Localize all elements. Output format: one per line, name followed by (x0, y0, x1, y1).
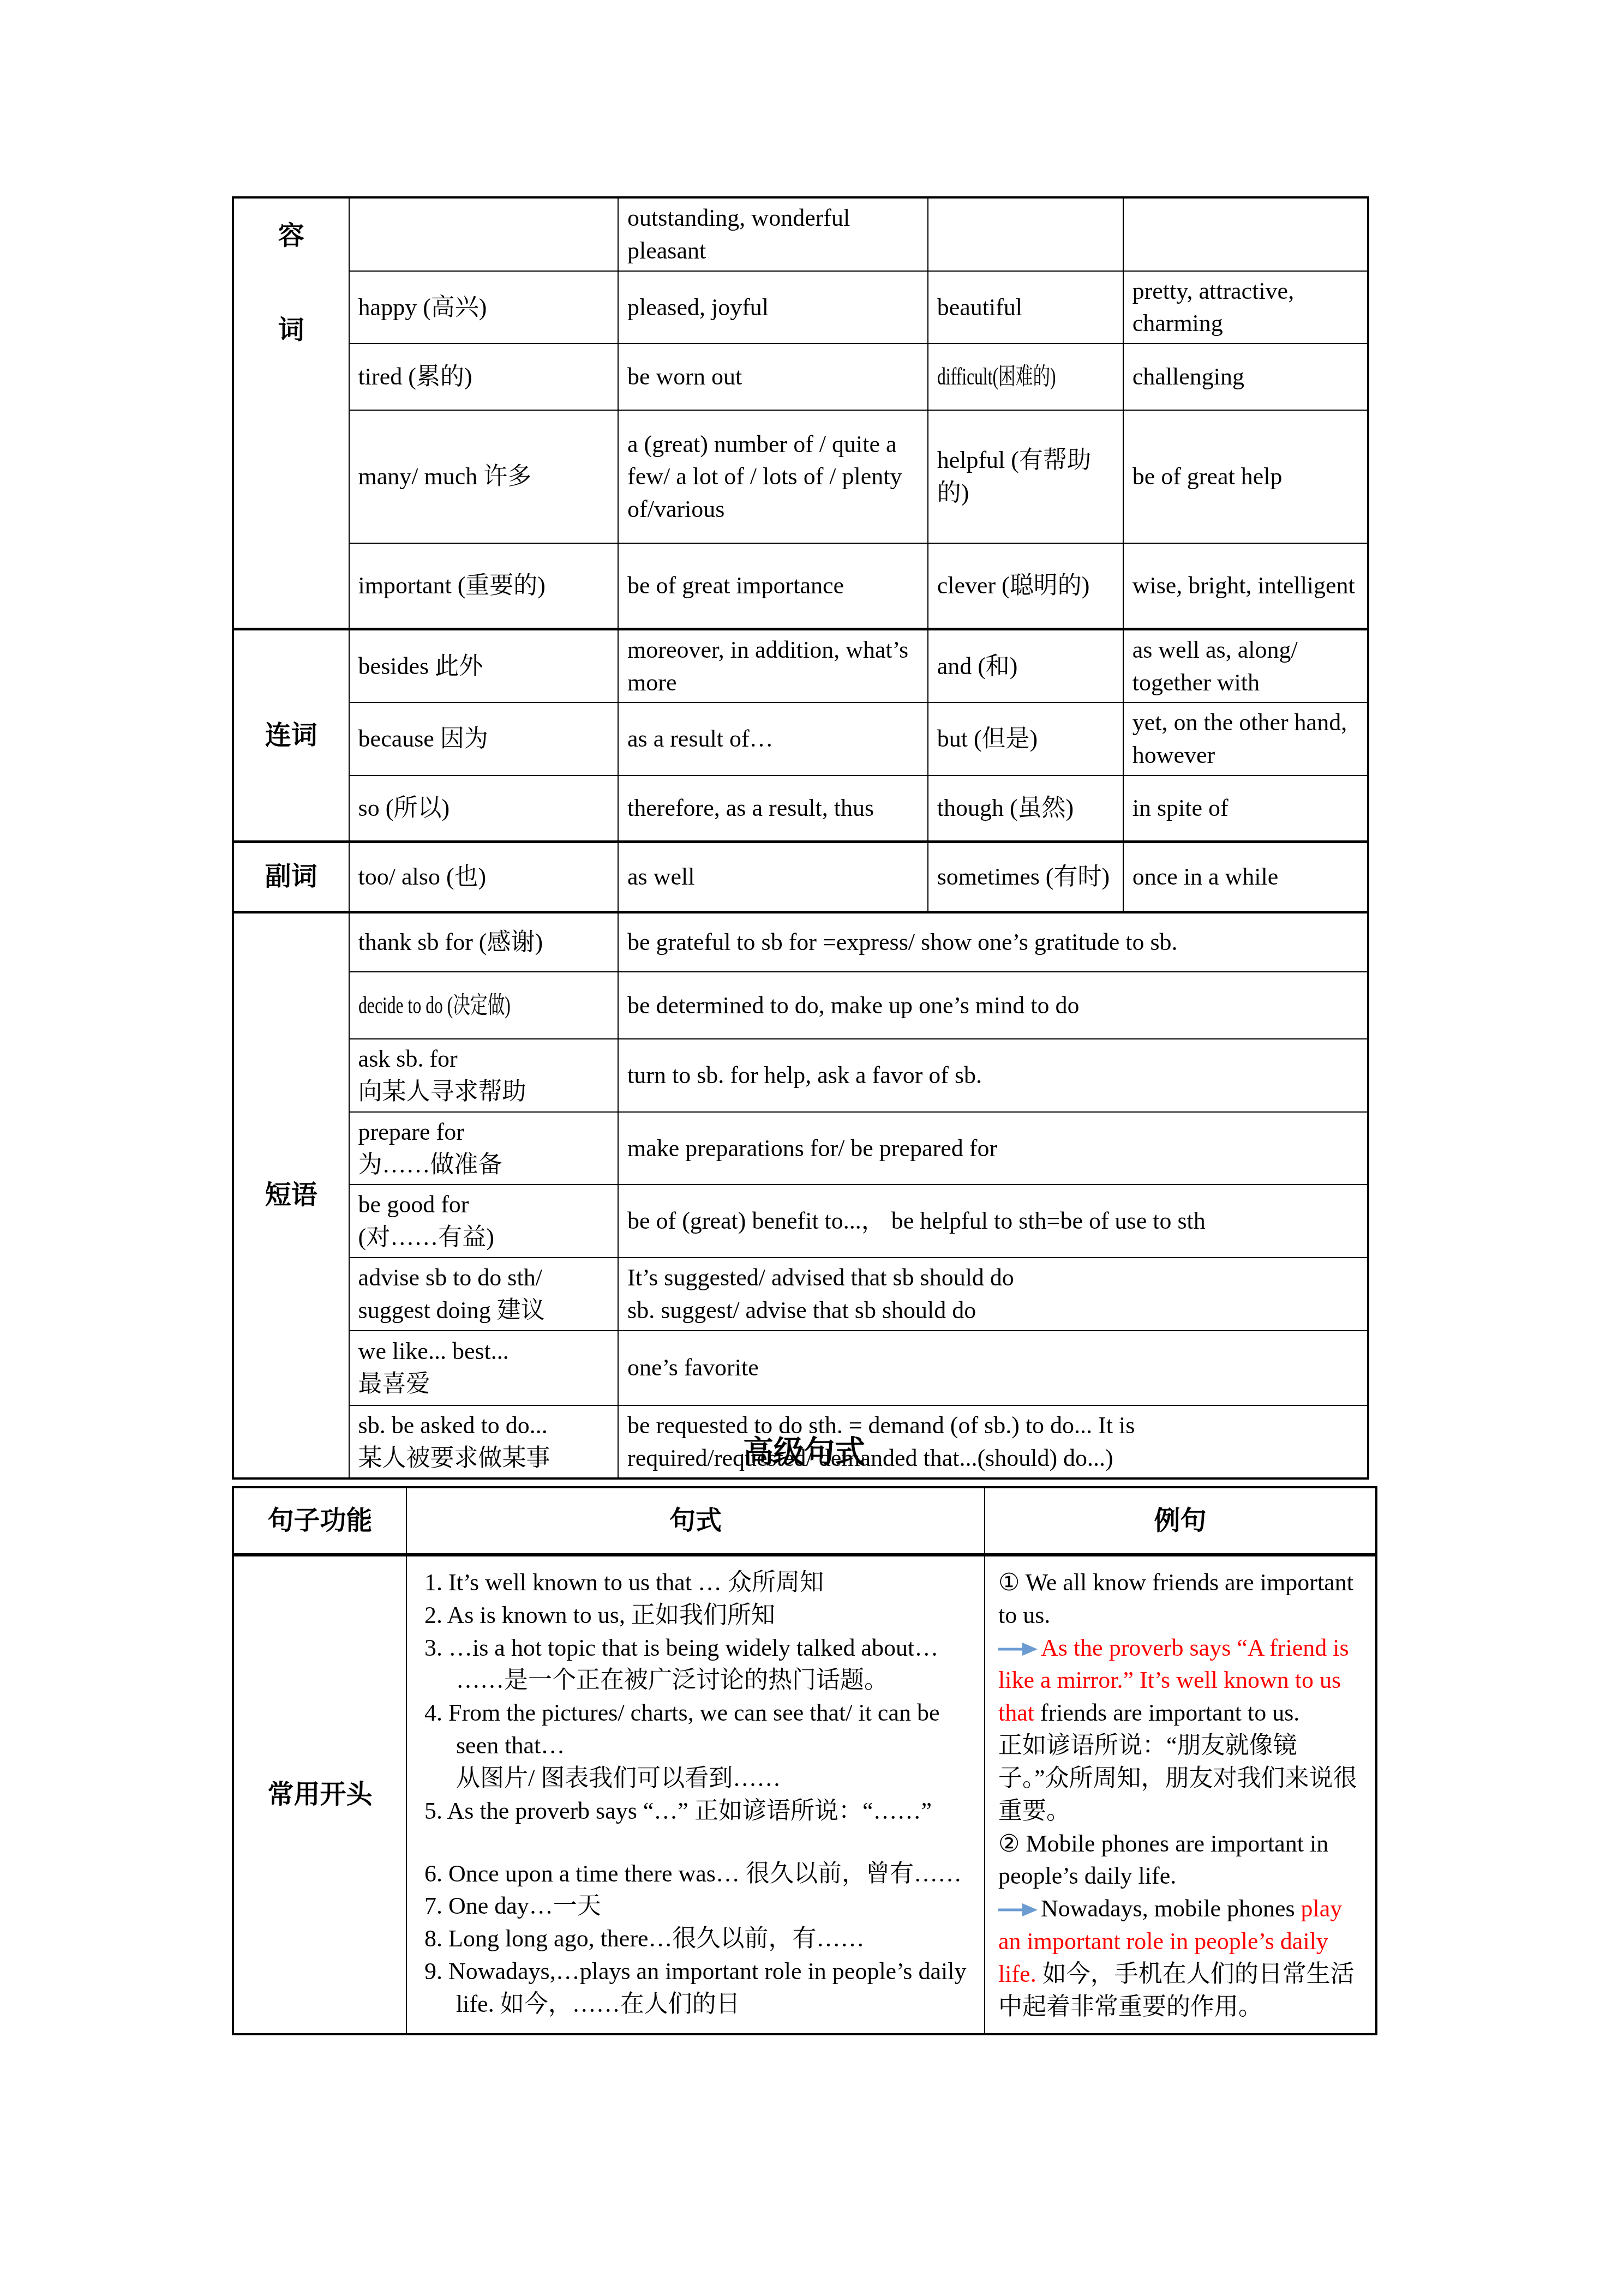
condensed-text: decide to do (决定做) (358, 989, 511, 1022)
pattern-list-cell: 1. It’s well known to us that … 众所周知 2. … (406, 1555, 985, 2034)
example-text: Nowadays, mobile phones (1041, 1895, 1295, 1922)
example-list-cell: ① We all know friends are important to u… (985, 1555, 1376, 2034)
basic-word-cell: besides 此外 (349, 629, 618, 702)
upgrade-cell: challenging (1123, 344, 1368, 410)
upgrade-phrase-cell: It’s suggested/ advised that sb should d… (618, 1258, 1368, 1331)
basic-phrase-cell: decide to do (决定做) (349, 972, 618, 1039)
upgrade-phrase-cell: turn to sb. for help, ask a favor of sb. (618, 1039, 1368, 1112)
basic-word-cell: but (但是) (928, 702, 1123, 776)
basic-word-cell: beautiful (928, 271, 1123, 344)
upgrade-phrase-cell: be determined to do, make up one’s mind … (618, 972, 1368, 1039)
upgrade-cell: a (great) number of / quite a few/ a lot… (618, 410, 928, 543)
upgrade-cell: outstanding, wonderful pleasant (618, 197, 928, 271)
pattern-item: 8. Long long ago, there…很久以前，有…… (424, 1922, 973, 1955)
upgrade-cell: be worn out (618, 344, 928, 410)
pattern-item: 6. Once upon a time there was… 很久以前，曾有…… (424, 1858, 973, 1890)
basic-word-cell: tired (累的) (349, 344, 618, 410)
basic-phrase-cell: prepare for 为……做准备 (349, 1112, 618, 1185)
example-sentence: ② Mobile phones are important in people’… (998, 1828, 1368, 1893)
table-row: decide to do (决定做) be determined to do, … (233, 972, 1368, 1039)
pattern-item: 9. Nowadays,…plays an important role in … (424, 1955, 973, 2021)
table-row: tired (累的) be worn out difficult(困难的) ch… (233, 344, 1368, 410)
table-row: we like... best... 最喜爱 one’s favorite (233, 1331, 1368, 1405)
pattern-item-translation: ……是一个正在被广泛讨论的热门话题。 (424, 1664, 973, 1697)
arrow-right-icon (998, 1642, 1038, 1656)
table-row: happy (高兴) pleased, joyful beautiful pre… (233, 271, 1368, 344)
upgrade-cell: be of great help (1123, 410, 1368, 543)
basic-word-cell: so (所以) (349, 776, 618, 842)
basic-phrase-cell: we like... best... 最喜爱 (349, 1331, 618, 1405)
table-row: 副词 too/ also (也) as well sometimes (有时) … (233, 842, 1368, 912)
upgrade-cell: as a result of… (618, 702, 928, 776)
basic-word-cell: sometimes (有时) (928, 842, 1123, 912)
basic-word-cell: too/ also (也) (349, 842, 618, 912)
pattern-item: 1. It’s well known to us that … 众所周知 (424, 1566, 973, 1599)
basic-word-cell: and (和) (928, 629, 1123, 702)
example-rewrite: As the proverb says “A friend is like a … (998, 1632, 1368, 1729)
table-row: prepare for 为……做准备 make preparations for… (233, 1112, 1368, 1185)
upgrade-cell: moreover, in addition, what’s more (618, 629, 928, 702)
table-row: 常用开头 1. It’s well known to us that … 众所周… (233, 1555, 1376, 2034)
group-label-char: 词 (278, 317, 304, 344)
group-label-conjunction: 连词 (233, 629, 349, 842)
table-row: many/ much 许多 a (great) number of / quit… (233, 410, 1368, 543)
basic-word-cell: clever (聪明的) (928, 543, 1123, 629)
table-row: be good for (对……有益) be of (great) benefi… (233, 1185, 1368, 1258)
upgrade-cell: as well as, along/ together with (1123, 629, 1368, 702)
basic-word-cell: helpful (有帮助的) (928, 410, 1123, 543)
table-row: 短语 thank sb for (感谢) be grateful to sb f… (233, 912, 1368, 972)
upgrade-cell (1123, 197, 1368, 271)
example-translation: 如今，手机在人们的日常生活中起着非常重要的作用。 (998, 1961, 1355, 2020)
arrow-right-icon (998, 1903, 1038, 1917)
upgrade-phrase-cell: be of (great) benefit to...， be helpful … (618, 1185, 1368, 1258)
table-row: important (重要的) be of great importance c… (233, 543, 1368, 629)
header-row: 句子功能 句式 例句 (233, 1487, 1376, 1555)
pattern-item: 5. As the proverb says “…” 正如谚语所说：“……” (424, 1795, 973, 1828)
upgrade-cell: as well (618, 842, 928, 912)
adjective-label-stack: 容 词 (234, 199, 349, 344)
table-row: so (所以) therefore, as a result, thus tho… (233, 776, 1368, 842)
table-row: because 因为 as a result of… but (但是) yet,… (233, 702, 1368, 776)
basic-word-cell: important (重要的) (349, 543, 618, 629)
table-row: 连词 besides 此外 moreover, in addition, wha… (233, 629, 1368, 702)
pattern-item: 2. As is known to us, 正如我们所知 (424, 1599, 973, 1632)
table-row: ask sb. for 向某人寻求帮助 turn to sb. for help… (233, 1039, 1368, 1112)
basic-word-cell: happy (高兴) (349, 271, 618, 344)
upgrade-phrase-cell: make preparations for/ be prepared for (618, 1112, 1368, 1185)
upgrade-cell: be of great importance (618, 543, 928, 629)
upgrade-cell: therefore, as a result, thus (618, 776, 928, 842)
header-pattern: 句式 (406, 1487, 985, 1555)
basic-word-cell: difficult(困难的) (928, 344, 1123, 410)
example-sentence: ① We all know friends are important to u… (998, 1566, 1368, 1632)
basic-phrase-cell: advise sb to do sth/ suggest doing 建议 (349, 1258, 618, 1331)
basic-phrase-cell: thank sb for (感谢) (349, 912, 618, 972)
upgrade-phrase-cell: one’s favorite (618, 1331, 1368, 1405)
basic-word-cell (349, 197, 618, 271)
basic-word-cell: because 因为 (349, 702, 618, 776)
example-rewrite: Nowadays, mobile phones play an importan… (998, 1892, 1368, 2023)
group-label-phrase: 短语 (233, 912, 349, 1478)
basic-word-cell: many/ much 许多 (349, 410, 618, 543)
pattern-item: 3. …is a hot topic that is being widely … (424, 1632, 973, 1664)
table-row: 容 词 outstanding, wonderful pleasant (233, 197, 1368, 271)
header-example: 例句 (985, 1487, 1376, 1555)
condensed-text: difficult(困难的) (937, 360, 1056, 393)
upgrade-cell: in spite of (1123, 776, 1368, 842)
upgrade-cell: once in a while (1123, 842, 1368, 912)
pattern-item-translation: 从图片/ 图表我们可以看到…… (424, 1762, 973, 1795)
basic-word-cell: though (虽然) (928, 776, 1123, 842)
example-translation: 正如谚语所说：“朋友就像镜子。”众所周知，朋友对我们来说很重要。 (998, 1729, 1368, 1827)
worksheet-page: { "colors": { "red": "#ff0000", "blue": … (0, 0, 1624, 2296)
upgrade-cell: pleased, joyful (618, 271, 928, 344)
group-label-char: 容 (278, 223, 304, 249)
basic-phrase-cell: ask sb. for 向某人寻求帮助 (349, 1039, 618, 1112)
group-label-adverb: 副词 (233, 842, 349, 912)
section-title: 高级句式 (232, 1434, 1376, 1471)
example-text: friends are important to us. (1040, 1699, 1299, 1726)
basic-phrase-cell: be good for (对……有益) (349, 1185, 618, 1258)
header-function: 句子功能 (233, 1487, 406, 1555)
upgrade-phrase-cell: be grateful to sb for =express/ show one… (618, 912, 1368, 972)
table-row: advise sb to do sth/ suggest doing 建议 It… (233, 1258, 1368, 1331)
group-label-adjective: 容 词 (233, 197, 349, 629)
upgrade-cell: wise, bright, intelligent (1123, 543, 1368, 629)
basic-word-cell (928, 197, 1123, 271)
row-label-openings: 常用开头 (233, 1555, 406, 2034)
pattern-item: 7. One day…一天 (424, 1890, 973, 1922)
upgrade-cell: yet, on the other hand, however (1123, 702, 1368, 776)
pattern-item: 4. From the pictures/ charts, we can see… (424, 1697, 973, 1762)
upgrade-cell: pretty, attractive, charming (1123, 271, 1368, 344)
sentence-pattern-table: 句子功能 句式 例句 常用开头 1. It’s well known to us… (232, 1486, 1377, 2035)
word-substitution-table: 容 词 outstanding, wonderful pleasant happ… (232, 196, 1369, 1480)
